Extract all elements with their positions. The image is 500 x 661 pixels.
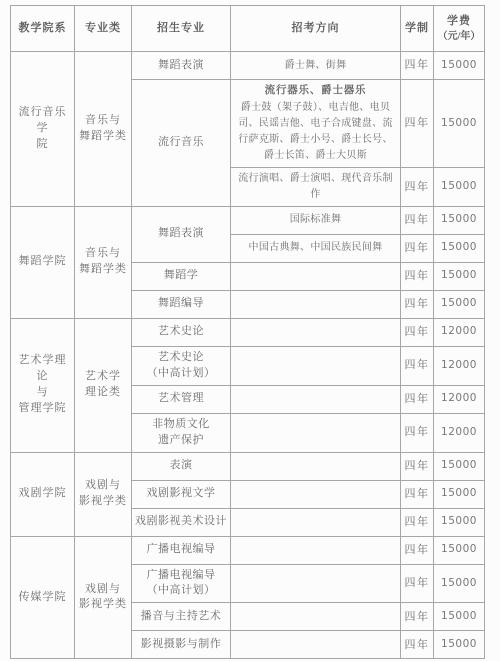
tuition-cell: 15000	[434, 564, 485, 603]
direction-cell	[231, 346, 401, 385]
major-cell: 艺术史论	[132, 318, 231, 346]
tuition-cell: 15000	[434, 508, 485, 536]
department-cell: 艺术学理论 与 管理学院	[11, 318, 75, 452]
tuition-cell: 15000	[434, 536, 485, 564]
header-cell-4: 学制	[401, 6, 434, 52]
major-cell: 流行音乐	[132, 80, 231, 207]
department-cell: 舞蹈学院	[11, 206, 75, 318]
duration-cell: 四年	[401, 346, 434, 385]
header-label: 专业类	[77, 20, 129, 37]
header-cell-0: 教学院系	[11, 6, 75, 52]
tuition-cell: 12000	[434, 346, 485, 385]
table-row: 舞蹈学院音乐与 舞蹈学类舞蹈表演国际标准舞四年15000	[11, 206, 485, 234]
duration-cell: 四年	[401, 318, 434, 346]
duration-cell: 四年	[401, 290, 434, 318]
category-cell: 戏剧与 影视学类	[75, 452, 132, 536]
direction-cell: 国际标准舞	[231, 206, 401, 234]
major-cell: 舞蹈表演	[132, 52, 231, 80]
table-head: 教学院系专业类招生专业招考方向学制学费（元/年）	[11, 6, 485, 52]
header-label: 学制	[403, 20, 431, 37]
duration-cell: 四年	[401, 80, 434, 168]
tuition-cell: 15000	[434, 167, 485, 206]
tuition-cell: 15000	[434, 206, 485, 234]
tuition-cell: 15000	[434, 452, 485, 480]
direction-cell: 中国古典舞、中国民族民间舞	[231, 234, 401, 262]
direction-text: 爵士舞、街舞	[234, 58, 397, 74]
duration-cell: 四年	[401, 631, 434, 659]
direction-cell: 流行演唱、爵士演唱、现代音乐制作	[231, 167, 401, 206]
tuition-cell: 15000	[434, 603, 485, 631]
major-cell: 影视摄影与制作	[132, 631, 231, 659]
duration-cell: 四年	[401, 413, 434, 452]
direction-text: 中国古典舞、中国民族民间舞	[234, 240, 397, 256]
page: 教学院系专业类招生专业招考方向学制学费（元/年） 流行音乐学 院音乐与 舞蹈学类…	[0, 0, 500, 661]
category-cell: 戏剧与 影视学类	[75, 536, 132, 659]
duration-cell: 四年	[401, 536, 434, 564]
tuition-cell: 15000	[434, 52, 485, 80]
direction-text: 国际标准舞	[234, 212, 397, 228]
header-cell-5: 学费（元/年）	[434, 6, 485, 52]
major-cell: 艺术管理	[132, 385, 231, 413]
duration-cell: 四年	[401, 452, 434, 480]
duration-cell: 四年	[401, 603, 434, 631]
duration-cell: 四年	[401, 206, 434, 234]
duration-cell: 四年	[401, 167, 434, 206]
tuition-cell: 12000	[434, 385, 485, 413]
major-cell: 戏剧影视文学	[132, 480, 231, 508]
header-label: 教学院系	[13, 20, 72, 37]
duration-cell: 四年	[401, 385, 434, 413]
direction-cell: 流行器乐、爵士器乐爵士鼓（架子鼓）、电吉他、电贝司、民谣吉他、电子合成键盘、流行…	[231, 80, 401, 168]
duration-cell: 四年	[401, 508, 434, 536]
duration-cell: 四年	[401, 480, 434, 508]
tuition-cell: 15000	[434, 480, 485, 508]
direction-cell	[231, 452, 401, 480]
duration-cell: 四年	[401, 52, 434, 80]
major-cell: 舞蹈编导	[132, 290, 231, 318]
major-cell: 戏剧影视美术设计	[132, 508, 231, 536]
duration-cell: 四年	[401, 564, 434, 603]
direction-cell	[231, 564, 401, 603]
admissions-table: 教学院系专业类招生专业招考方向学制学费（元/年） 流行音乐学 院音乐与 舞蹈学类…	[10, 5, 485, 659]
tuition-cell: 12000	[434, 318, 485, 346]
major-cell: 艺术史论 （中高计划）	[132, 346, 231, 385]
tuition-cell: 15000	[434, 290, 485, 318]
tuition-cell: 12000	[434, 413, 485, 452]
direction-heading: 流行器乐、爵士器乐	[234, 83, 397, 100]
duration-cell: 四年	[401, 262, 434, 290]
header-row: 教学院系专业类招生专业招考方向学制学费（元/年）	[11, 6, 485, 52]
major-cell: 播音与主持艺术	[132, 603, 231, 631]
major-cell: 舞蹈学	[132, 262, 231, 290]
major-cell: 广播电视编导 （中高计划）	[132, 564, 231, 603]
tuition-cell: 15000	[434, 80, 485, 168]
category-cell: 音乐与 舞蹈学类	[75, 206, 132, 318]
direction-cell	[231, 536, 401, 564]
header-label: 学费	[436, 13, 482, 30]
direction-cell: 爵士舞、街舞	[231, 52, 401, 80]
category-cell: 音乐与 舞蹈学类	[75, 52, 132, 207]
table-row: 艺术学理论 与 管理学院艺术学 理论类艺术史论四年12000	[11, 318, 485, 346]
header-sublabel: （元/年）	[436, 29, 482, 44]
major-cell: 非物质文化 遗产保护	[132, 413, 231, 452]
direction-cell	[231, 262, 401, 290]
direction-text: 流行演唱、爵士演唱、现代音乐制作	[234, 171, 397, 203]
direction-cell	[231, 480, 401, 508]
direction-cell	[231, 290, 401, 318]
direction-cell	[231, 318, 401, 346]
duration-cell: 四年	[401, 234, 434, 262]
department-cell: 戏剧学院	[11, 452, 75, 536]
major-cell: 舞蹈表演	[132, 206, 231, 262]
major-cell: 表演	[132, 452, 231, 480]
direction-cell	[231, 603, 401, 631]
major-cell: 广播电视编导	[132, 536, 231, 564]
category-cell: 艺术学 理论类	[75, 318, 132, 452]
department-cell: 传媒学院	[11, 536, 75, 659]
table-row: 戏剧学院戏剧与 影视学类表演四年15000	[11, 452, 485, 480]
tuition-cell: 15000	[434, 234, 485, 262]
direction-cell	[231, 413, 401, 452]
table-row: 传媒学院戏剧与 影视学类广播电视编导四年15000	[11, 536, 485, 564]
header-label: 招生专业	[134, 20, 228, 37]
direction-text: 爵士鼓（架子鼓）、电吉他、电贝司、民谣吉他、电子合成键盘、流行萨克斯、爵士小号、…	[234, 100, 397, 164]
direction-cell	[231, 631, 401, 659]
header-cell-2: 招生专业	[132, 6, 231, 52]
tuition-cell: 15000	[434, 631, 485, 659]
table-row: 流行音乐学 院音乐与 舞蹈学类舞蹈表演爵士舞、街舞四年15000	[11, 52, 485, 80]
department-cell: 流行音乐学 院	[11, 52, 75, 207]
header-cell-1: 专业类	[75, 6, 132, 52]
table-body: 流行音乐学 院音乐与 舞蹈学类舞蹈表演爵士舞、街舞四年15000流行音乐流行器乐…	[11, 52, 485, 659]
tuition-cell: 15000	[434, 262, 485, 290]
header-label: 招考方向	[233, 20, 398, 37]
header-cell-3: 招考方向	[231, 6, 401, 52]
direction-cell	[231, 385, 401, 413]
direction-cell	[231, 508, 401, 536]
